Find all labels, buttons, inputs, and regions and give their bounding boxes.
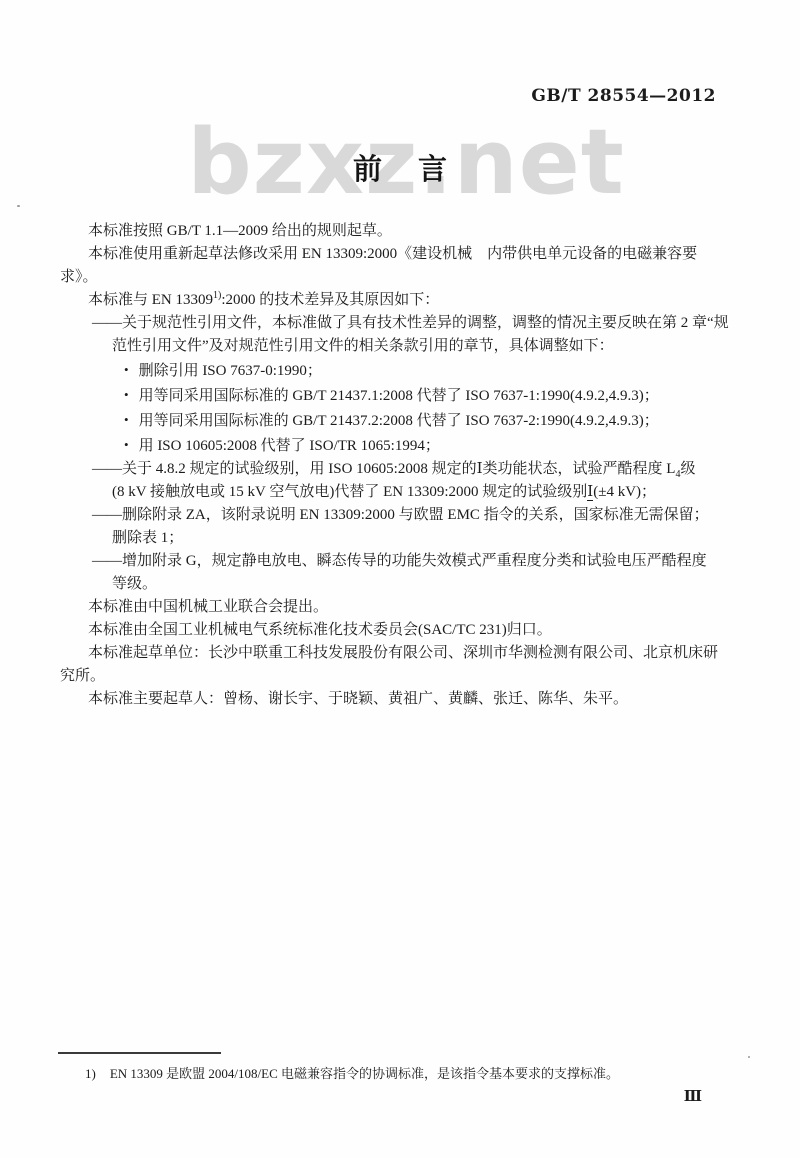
text-segment: ——关于 4.8.2 规定的试验级别，用 ISO 10605:2008 规定的Ⅰ… <box>92 461 675 477</box>
bullet-item: •用等同采用国际标准的 GB/T 21437.1:2008 代替了 ISO 76… <box>60 383 750 408</box>
dash-item-continuation: 等级。 <box>60 573 750 596</box>
bullet-icon: • <box>124 383 129 406</box>
text-segment: 本标准与 EN 13309 <box>88 292 213 308</box>
bullet-icon: • <box>124 433 129 456</box>
footnote-text: EN 13309 是欧盟 2004/108/EC 电磁兼容指令的协调标准，是该指… <box>110 1066 619 1081</box>
paragraph: 本标准按照 GB/T 1.1—2009 给出的规则起草。 <box>60 220 750 243</box>
paragraph: 本标准由全国工业机械电气系统标准化技术委员会(SAC/TC 231)归口。 <box>60 619 750 642</box>
standard-number-header: GB/T 28554—2012 <box>531 86 716 106</box>
paragraph: 本标准与 EN 133091):2000 的技术差异及其原因如下： <box>60 289 750 312</box>
bullet-icon: • <box>124 408 129 431</box>
text-segment: 级 <box>680 461 695 477</box>
dash-item-continuation: 范性引用文件”及对规范性引用文件的相关条款引用的章节，具体调整如下： <box>60 335 750 358</box>
scan-speck <box>17 205 20 207</box>
bullet-text: 用等同采用国际标准的 GB/T 21437.2:2008 代替了 ISO 763… <box>139 413 659 429</box>
document-page: GB/T 28554—2012 bzxz.net 前言 本标准按照 GB/T 1… <box>0 0 800 1158</box>
bullet-item: •用 ISO 10605:2008 代替了 ISO/TR 1065:1994； <box>60 433 750 458</box>
bullet-icon: • <box>124 358 129 381</box>
dash-item-continuation: (8 kV 接触放电或 15 kV 空气放电)代替了 EN 13309:2000… <box>60 481 750 504</box>
scan-speck <box>748 1056 750 1058</box>
foreword-body: 本标准按照 GB/T 1.1—2009 给出的规则起草。 本标准使用重新起草法修… <box>60 220 750 711</box>
dash-item: ——关于 4.8.2 规定的试验级别，用 ISO 10605:2008 规定的Ⅰ… <box>60 458 750 481</box>
paragraph-continuation: 究所。 <box>60 665 750 688</box>
bullet-item: •用等同采用国际标准的 GB/T 21437.2:2008 代替了 ISO 76… <box>60 408 750 433</box>
footnote: 1)EN 13309 是欧盟 2004/108/EC 电磁兼容指令的协调标准，是… <box>85 1064 725 1084</box>
text-segment: :2000 的技术差异及其原因如下： <box>221 292 439 308</box>
bullet-text: 用 ISO 10605:2008 代替了 ISO/TR 1065:1994； <box>139 438 440 454</box>
dash-item: ——删除附录 ZA，该附录说明 EN 13309:2000 与欧盟 EMC 指令… <box>60 504 750 527</box>
paragraph: 本标准使用重新起草法修改采用 EN 13309:2000《建设机械 内带供电单元… <box>60 243 750 266</box>
text-segment: (±4 kV)； <box>593 484 656 500</box>
paragraph: 本标准由中国机械工业联合会提出。 <box>60 596 750 619</box>
dash-item: ——增加附录 G，规定静电放电、瞬态传导的功能失效模式严重程度分类和试验电压严酷… <box>60 550 750 573</box>
page-number: Ⅲ <box>684 1087 702 1105</box>
bullet-item: •删除引用 ISO 7637-0:1990； <box>60 358 750 383</box>
title-char-1: 前 <box>353 152 382 186</box>
footnote-marker: 1) <box>85 1064 96 1084</box>
bullet-text: 删除引用 ISO 7637-0:1990； <box>139 363 322 379</box>
text-segment: (8 kV 接触放电或 15 kV 空气放电)代替了 EN 13309:2000… <box>112 484 587 500</box>
paragraph: 本标准主要起草人：曾杨、谢长宇、于晓颖、黄祖广、黄麟、张迁、陈华、朱平。 <box>60 688 750 711</box>
footnote-separator-rule <box>58 1052 221 1054</box>
bullet-text: 用等同采用国际标准的 GB/T 21437.1:2008 代替了 ISO 763… <box>139 388 659 404</box>
page-title: 前言 <box>0 147 800 188</box>
dash-item: ——关于规范性引用文件，本标准做了具有技术性差异的调整，调整的情况主要反映在第 … <box>60 312 750 335</box>
paragraph: 本标准起草单位：长沙中联重工科技发展股份有限公司、深圳市华测检测有限公司、北京机… <box>60 642 750 665</box>
paragraph-continuation: 求》。 <box>60 266 750 289</box>
dash-item-continuation: 删除表 1； <box>60 527 750 550</box>
title-char-2: 言 <box>418 152 447 186</box>
